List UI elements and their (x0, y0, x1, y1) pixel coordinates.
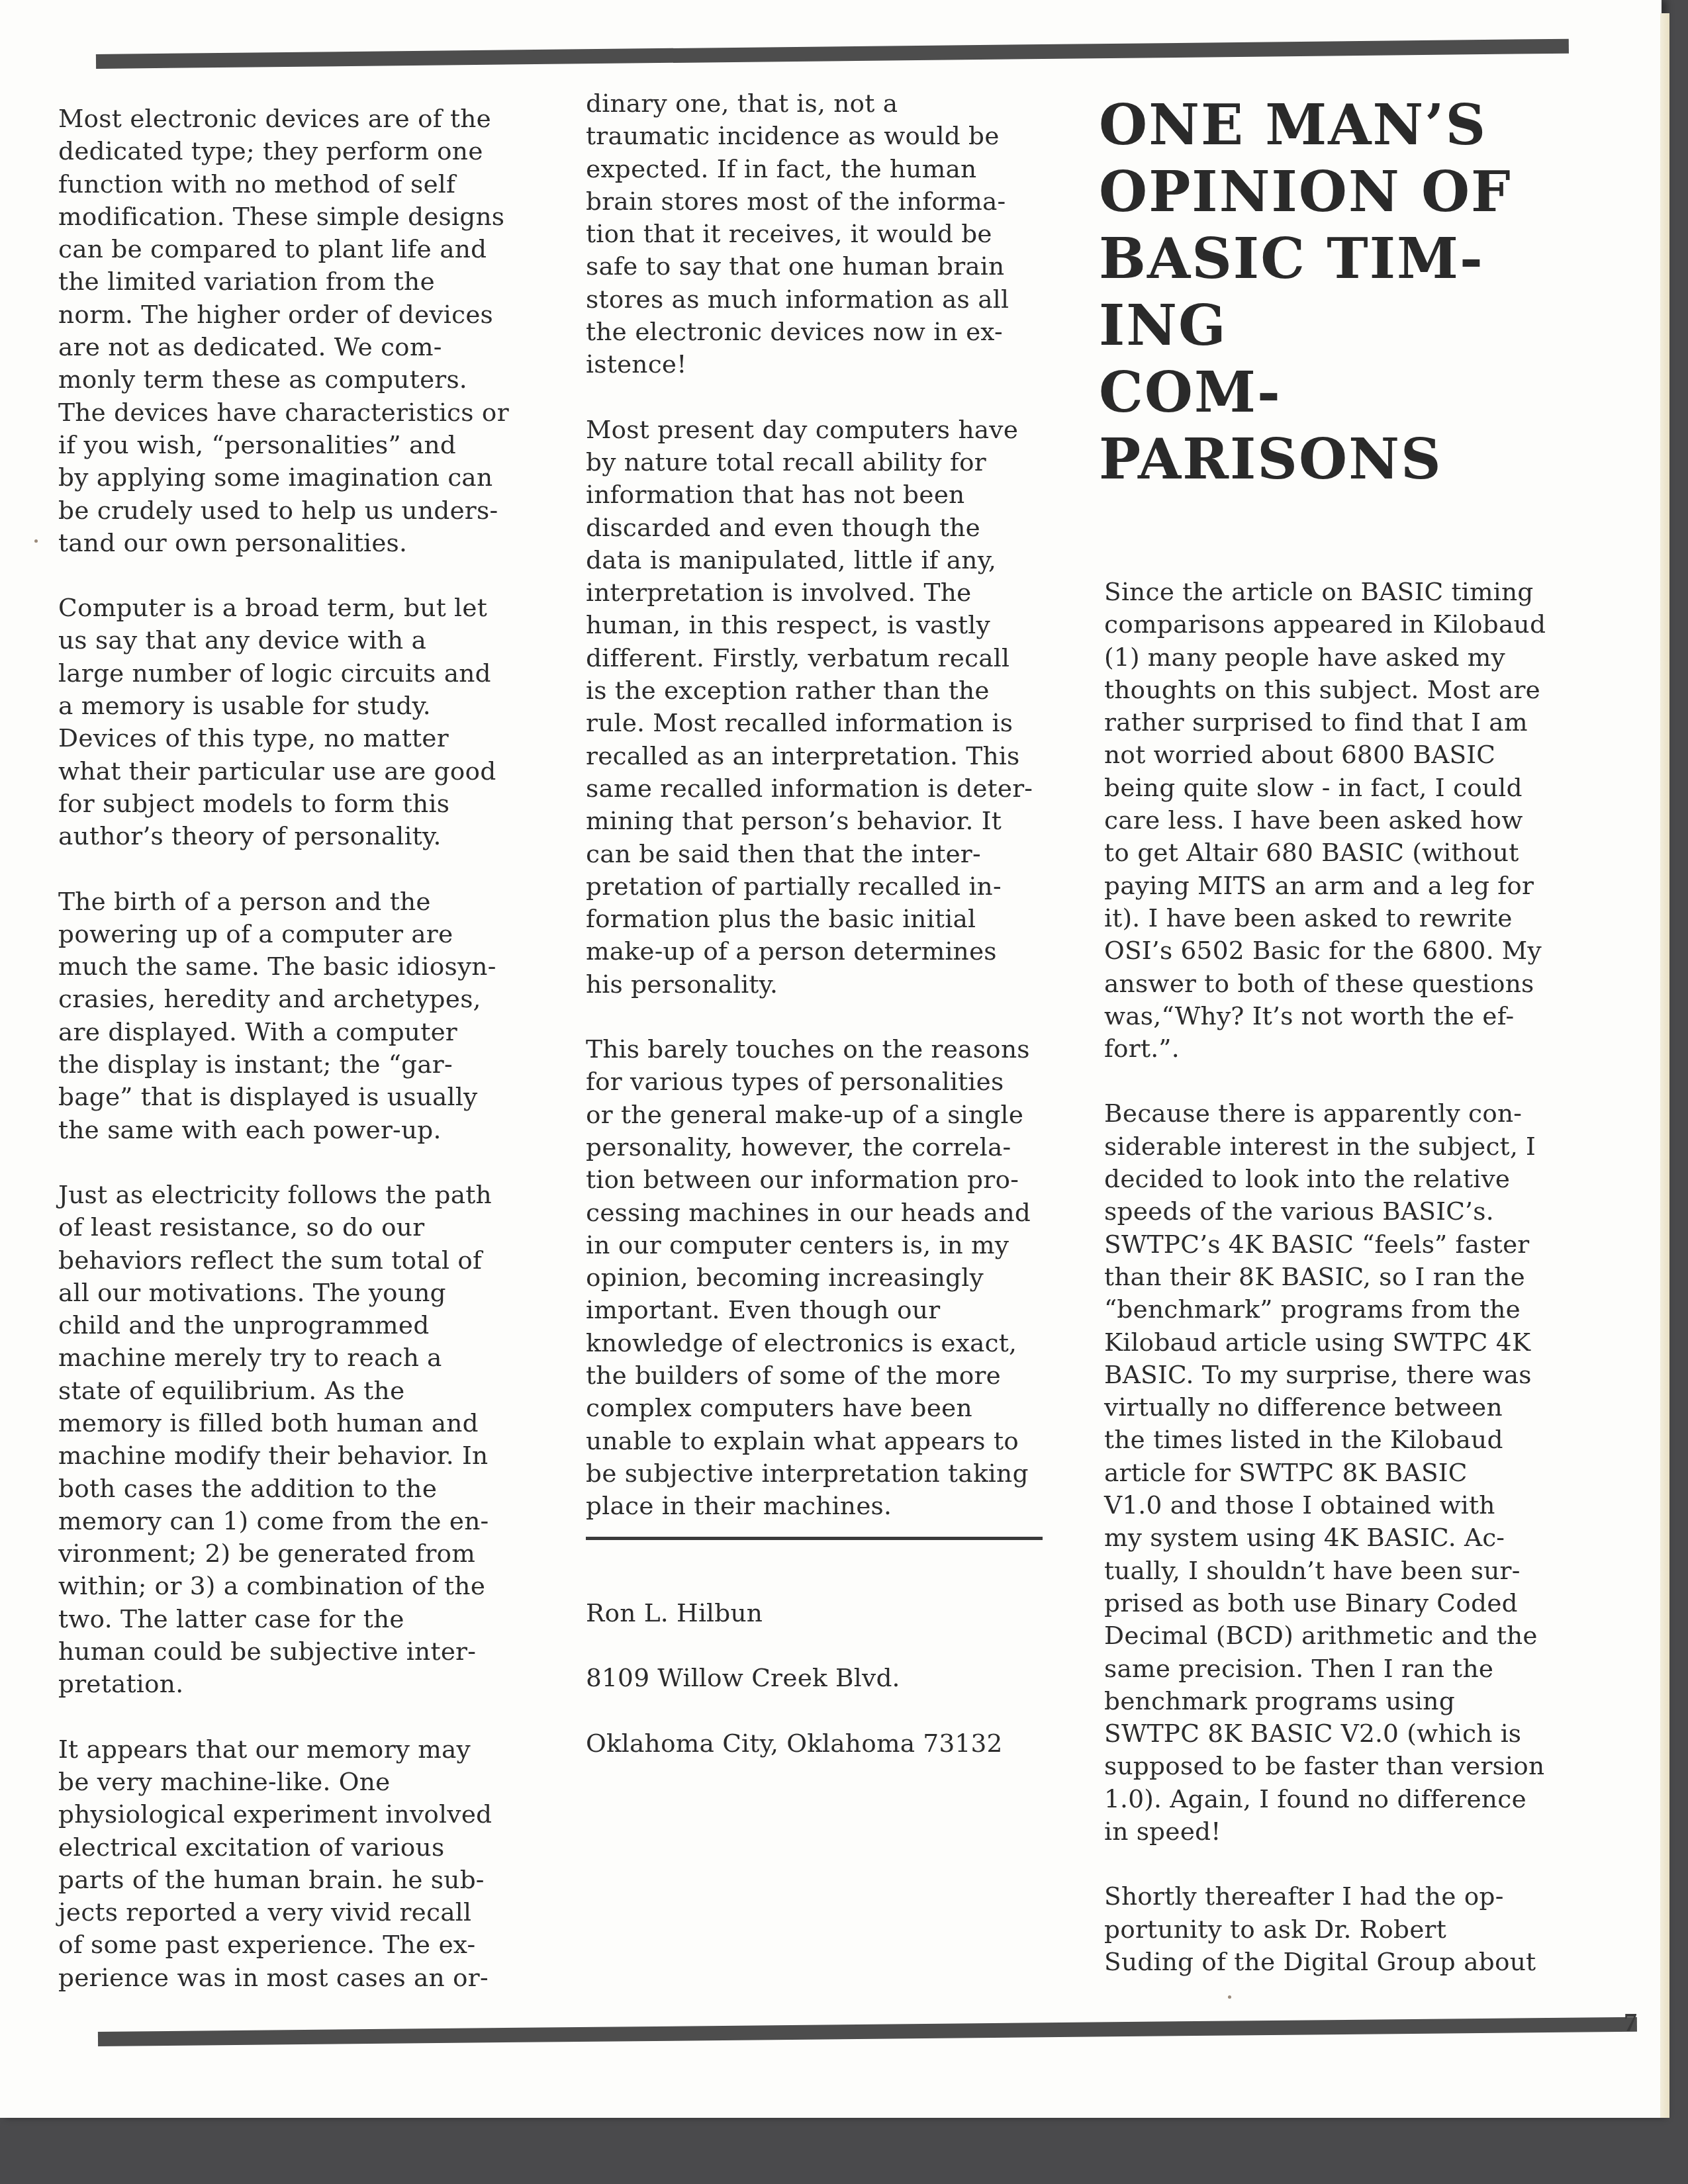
column-3: Since the article on BASIC timing compar… (1104, 576, 1634, 2011)
author-city: Oklahoma City, Oklahoma 73132 (586, 1727, 1099, 1760)
signature-divider (586, 1537, 1043, 1540)
author-street: 8109 Willow Creek Blvd. (586, 1662, 1099, 1694)
paragraph: Since the article on BASIC timing compar… (1104, 576, 1634, 1065)
paragraph: The birth of a person and the powering u… (58, 886, 581, 1146)
paragraph: Most electronic devices are of the dedic… (58, 103, 581, 559)
paragraph: Computer is a broad term, but let us say… (58, 592, 581, 852)
column-2: dinary one, that is, not a traumatic inc… (586, 87, 1099, 1793)
paragraph: This barely touches on the reasons for v… (586, 1033, 1099, 1522)
author-name: Ron L. Hilbun (586, 1597, 1099, 1629)
paper-speck (1228, 1995, 1231, 1999)
paragraph: Because there is apparently con- siderab… (1104, 1097, 1634, 1848)
page-edge (1660, 13, 1669, 2118)
paragraph: Shortly thereafter I had the op- portuni… (1104, 1880, 1634, 1978)
paragraph: Most present day computers have by natur… (586, 414, 1099, 1001)
top-rule (96, 39, 1569, 69)
paragraph: dinary one, that is, not a traumatic inc… (586, 87, 1099, 381)
page-number: 7 (1624, 2007, 1637, 2038)
paragraph: Just as electricity follows the path of … (58, 1179, 581, 1701)
paper-speck (34, 539, 38, 543)
article-headline: ONE MAN’S OPINION OF BASIC TIM- ING COM-… (1099, 91, 1602, 492)
magazine-page: Most electronic devices are of the dedic… (0, 0, 1662, 2118)
author-signature: Ron L. Hilbun 8109 Willow Creek Blvd. Ok… (586, 1564, 1099, 1792)
paragraph: It appears that our memory may be very m… (58, 1733, 581, 1994)
column-1: Most electronic devices are of the dedic… (58, 103, 581, 2026)
